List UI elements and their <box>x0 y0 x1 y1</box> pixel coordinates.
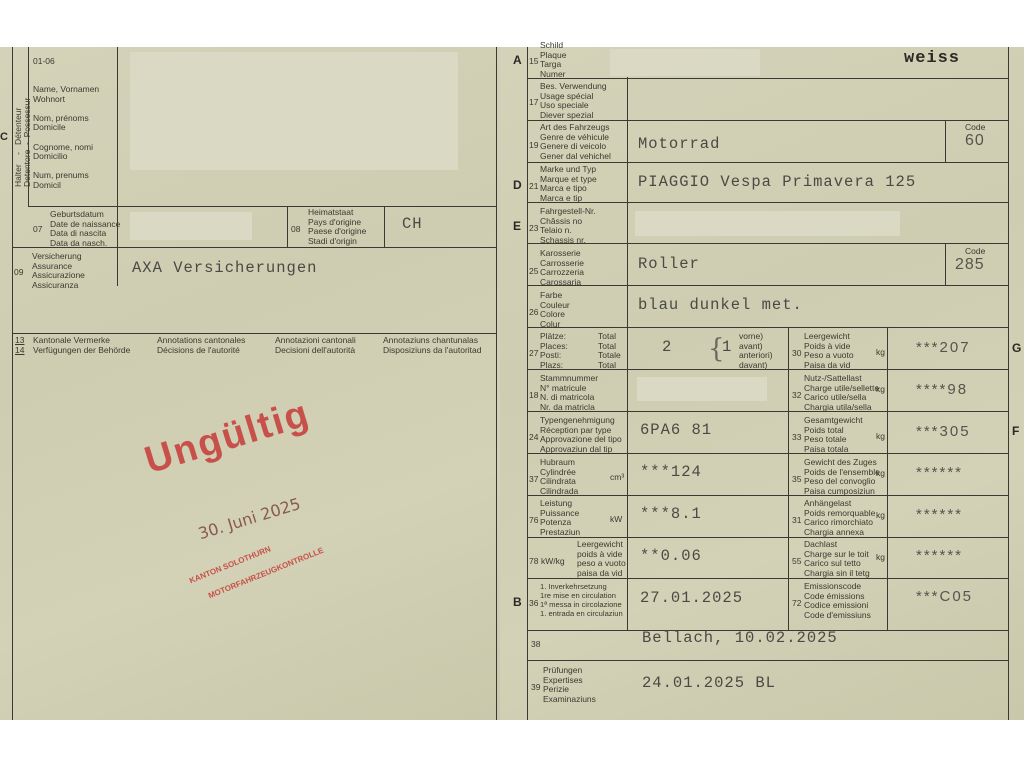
registration-right-page: A D E B G F 15 Schild Plaque Targa Numer… <box>500 47 1024 720</box>
field-number-07: 07 <box>33 224 42 234</box>
special-usage-labels: Bes. Verwendung Usage spécial Uso specia… <box>540 82 607 120</box>
body-labels: Karosserie Carrosserie Carrozzeria Caros… <box>540 249 584 287</box>
vehicle-type-labels: Art des Fahrzeugs Genre de véhicule Gene… <box>540 123 611 161</box>
inspection-labels: Prüfungen Expertises Perizie Examinaziun… <box>543 666 596 704</box>
field-number-38: 38 <box>531 639 540 649</box>
field-number-31: 31 <box>792 515 801 525</box>
field-number-18: 18 <box>529 390 538 400</box>
field-number-55: 55 <box>792 556 801 566</box>
vehicle-type-code: 60 <box>965 132 985 150</box>
total-weight-unit: kg <box>876 431 885 441</box>
divider <box>527 495 1008 496</box>
combination-weight-unit: kg <box>876 468 885 478</box>
towing-weight-unit: kg <box>876 510 885 520</box>
towing-weight-value: ****** <box>916 506 963 523</box>
registry-number-labels: Stammnummer N° matricule N. di matricola… <box>540 374 598 412</box>
field-number-01-06: 01-06 <box>33 56 55 66</box>
field-number-76: 76 <box>529 515 538 525</box>
origin-labels: Heimatstaat Pays d'origine Paese d'origi… <box>308 208 366 246</box>
divider <box>527 327 1008 328</box>
plate-labels: Schild Plaque Targa Numer <box>540 41 566 79</box>
divider <box>384 206 385 247</box>
color-value: blau dunkel met. <box>638 296 803 314</box>
roof-load-unit: kg <box>876 552 885 562</box>
plate-value-redacted <box>610 49 760 76</box>
vehicle-type-code-label: Code <box>965 122 985 132</box>
holder-name-labels: Name, Vornamen Wohnort Nom, prénoms Domi… <box>33 85 99 191</box>
annotations-fr: Annotations cantonales Décisions de l'au… <box>157 336 245 355</box>
chassis-labels: Fahrgestell-Nr. Châssis no Telaio n. Sch… <box>540 207 596 245</box>
vehicle-type-value: Motorrad <box>638 135 720 153</box>
section-letter-c: C <box>0 131 8 143</box>
seats-labels: Plätze: Places: Posti: Plazs: <box>540 332 568 370</box>
registration-left-page: C Halter - Détenteur Detentore - Possess… <box>0 47 500 720</box>
total-weight-labels: Gesamtgewicht Poids total Peso totale Pa… <box>804 416 863 454</box>
combination-weight-labels: Gewicht des Zuges Poids de l'ensemble Pe… <box>804 458 880 496</box>
field-number-32: 32 <box>792 390 801 400</box>
displacement-value: ***124 <box>640 463 702 481</box>
field-number-33: 33 <box>792 432 801 442</box>
annotations-de: Kantonale Vermerke Verfügungen der Behör… <box>33 336 130 355</box>
annotations-numbers: 13 14 <box>15 336 24 355</box>
inspection-value: 24.01.2025 BL <box>642 674 776 692</box>
power-weight-labels: Leergewicht poids à vide peso a vuoto pa… <box>577 540 626 578</box>
field-number-09: 09 <box>14 267 23 277</box>
field-number-37: 37 <box>529 474 538 484</box>
section-letter-d: D <box>513 178 522 192</box>
divider <box>945 243 946 285</box>
divider <box>12 333 496 334</box>
field-number-39: 39 <box>531 682 540 692</box>
origin-value: CH <box>402 215 423 233</box>
section-letter-a: A <box>513 53 522 67</box>
field-number-08: 08 <box>291 224 300 234</box>
type-approval-labels: Typengenehmigung Réception par type Appr… <box>540 416 622 454</box>
divider <box>527 202 1008 203</box>
plate-color: weiss <box>904 49 960 68</box>
roof-load-labels: Dachlast Charge sur le toit Carico sul t… <box>804 540 870 578</box>
emission-code-labels: Emissionscode Code émissions Codice emis… <box>804 582 871 620</box>
divider <box>527 162 1008 163</box>
total-weight-value: ***305 <box>916 423 971 440</box>
empty-weight-value: ***207 <box>916 339 971 356</box>
roof-load-value: ****** <box>916 547 963 564</box>
divider <box>28 206 496 207</box>
combination-weight-value: ****** <box>916 464 963 481</box>
field-number-72: 72 <box>792 598 801 608</box>
first-registration-labels: 1. Inverkehrsetzung 1re mise en circulat… <box>540 582 623 618</box>
seats-front-value: 1 <box>722 338 732 356</box>
divider <box>527 243 1008 244</box>
make-model-value: PIAGGIO Vespa Primavera 125 <box>638 173 916 191</box>
section-letter-f: F <box>1012 424 1019 438</box>
divider <box>887 327 888 630</box>
invalid-stamp-date: 30. Juni 2025 <box>196 494 303 543</box>
divider <box>527 411 1008 412</box>
divider <box>287 206 288 247</box>
field-number-26: 26 <box>529 307 538 317</box>
type-approval-value: 6PA6 81 <box>640 421 712 439</box>
towing-weight-labels: Anhängelast Poids remorquable Carico rim… <box>804 499 875 537</box>
divider <box>1008 47 1009 720</box>
body-code: 285 <box>955 256 985 274</box>
emission-code-value: ***C05 <box>916 588 973 605</box>
divider <box>117 47 118 286</box>
registry-number-redacted <box>637 377 767 401</box>
payload-labels: Nutz-/Sattellast Charge utile/sellette C… <box>804 374 879 412</box>
empty-weight-unit: kg <box>876 347 885 357</box>
divider <box>788 327 789 630</box>
divider <box>627 77 628 630</box>
power-weight-value: **0.06 <box>640 547 702 565</box>
displacement-labels: Hubraum Cylindrée Cilindrata Cilindrada <box>540 458 578 496</box>
divider <box>527 285 1008 286</box>
seats-front-labels: vorne) avant) anteriori) davant) <box>739 332 773 370</box>
payload-value: ****98 <box>916 381 968 398</box>
make-model-labels: Marke und Typ Marque et type Marca e tip… <box>540 165 597 203</box>
seats-total-labels: Total Total Totale Total <box>598 332 621 370</box>
field-number-30: 30 <box>792 348 801 358</box>
divider <box>945 120 946 162</box>
divider <box>527 660 1008 661</box>
insurance-value: AXA Versicherungen <box>132 259 317 277</box>
holder-name-value-redacted <box>130 52 458 170</box>
field-number-27: 27 <box>529 348 538 358</box>
divider <box>527 537 1008 538</box>
field-number-21: 21 <box>529 181 538 191</box>
body-code-label: Code <box>965 246 985 256</box>
birthdate-value-redacted <box>130 212 252 240</box>
section-letter-b: B <box>513 595 522 609</box>
empty-weight-labels: Leergewicht Poids à vide Peso a vuoto Pa… <box>804 332 854 370</box>
payload-unit: kg <box>876 384 885 394</box>
birthdate-labels: Geburtsdatum Date de naissance Data di n… <box>50 210 120 248</box>
field-number-36: 36 <box>529 598 538 608</box>
insurance-labels: Versicherung Assurance Assicurazione Ass… <box>32 252 85 290</box>
first-registration-value: 27.01.2025 <box>640 589 743 607</box>
annotations-rm: Annotaziuns chantunalas Disposiziuns da … <box>383 336 481 355</box>
power-value: ***8.1 <box>640 505 702 523</box>
field-number-78: 78 <box>529 556 538 566</box>
divider <box>527 47 528 720</box>
field-number-25: 25 <box>529 266 538 276</box>
power-labels: Leistung Puissance Potenza Prestaziun <box>540 499 580 537</box>
seats-total-value: 2 <box>662 338 672 356</box>
power-weight-unit: kW/kg <box>541 556 565 566</box>
annotations-it: Annotazioni cantonali Decisioni dell'aut… <box>275 336 356 355</box>
displacement-unit: cm³ <box>610 472 624 482</box>
chassis-value-redacted <box>635 211 900 236</box>
body-value: Roller <box>638 255 700 273</box>
holder-vertical-label: Halter - Détenteur Detentore - Possessur <box>14 98 32 187</box>
issue-place-date: Bellach, 10.02.2025 <box>642 629 838 647</box>
section-letter-e: E <box>513 219 521 233</box>
field-number-24: 24 <box>529 432 538 442</box>
power-unit: kW <box>610 514 622 524</box>
field-number-15: 15 <box>529 56 538 66</box>
field-number-19: 19 <box>529 140 538 150</box>
field-number-35: 35 <box>792 474 801 484</box>
color-labels: Farbe Couleur Colore Colur <box>540 291 570 329</box>
field-number-17: 17 <box>529 97 538 107</box>
invalid-stamp-title: Ungültig <box>140 392 315 483</box>
divider <box>496 47 497 720</box>
field-number-23: 23 <box>529 223 538 233</box>
section-letter-g: G <box>1012 341 1021 355</box>
divider <box>527 78 1008 79</box>
